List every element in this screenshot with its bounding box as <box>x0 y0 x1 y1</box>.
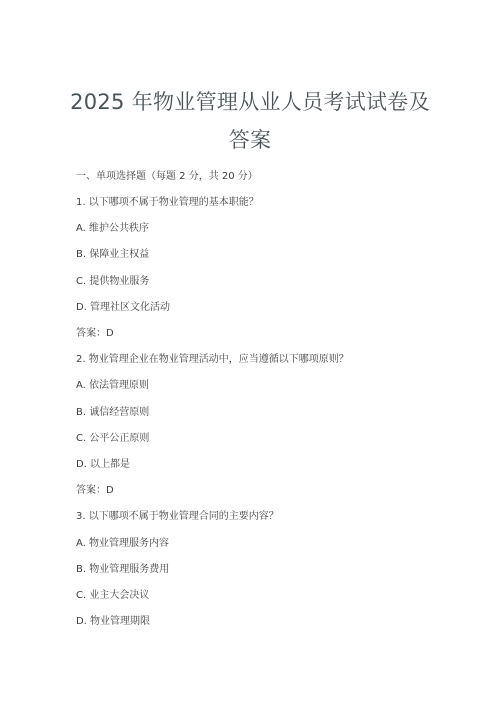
question-3-option-d: D. 物业管理期限 <box>76 615 150 629</box>
question-1-option-b: B. 保障业主权益 <box>76 248 149 262</box>
question-1-option-c: C. 提供物业服务 <box>76 275 149 289</box>
document-page: 2025 年物业管理从业人员考试试卷及 答案 一、单项选择题（每题 2 分，共 … <box>0 0 500 707</box>
question-2-answer: 答案：D <box>76 484 114 498</box>
question-1-answer: 答案：D <box>76 327 114 341</box>
question-2-option-a: A. 依法管理原则 <box>76 379 149 393</box>
document-title-line-2: 答案 <box>0 124 500 154</box>
question-1-option-a: A. 维护公共秩序 <box>76 222 149 236</box>
question-2-option-d: D. 以上都是 <box>76 458 130 472</box>
question-1-option-d: D. 管理社区文化活动 <box>76 301 170 315</box>
section-heading: 一、单项选择题（每题 2 分，共 20 分） <box>76 170 258 184</box>
question-1: 1. 以下哪项不属于物业管理的基本职能？ <box>76 196 259 210</box>
question-2-option-c: C. 公平公正原则 <box>76 432 149 446</box>
question-2-option-b: B. 诚信经营原则 <box>76 406 149 420</box>
question-3-option-c: C. 业主大会决议 <box>76 589 149 603</box>
question-3-option-b: B. 物业管理服务费用 <box>76 563 169 577</box>
question-2: 2. 物业管理企业在物业管理活动中，应当遵循以下哪项原则？ <box>76 353 349 367</box>
question-3: 3. 以下哪项不属于物业管理合同的主要内容？ <box>76 510 279 524</box>
question-3-option-a: A. 物业管理服务内容 <box>76 537 169 551</box>
document-title-line-1: 2025 年物业管理从业人员考试试卷及 <box>0 86 500 116</box>
